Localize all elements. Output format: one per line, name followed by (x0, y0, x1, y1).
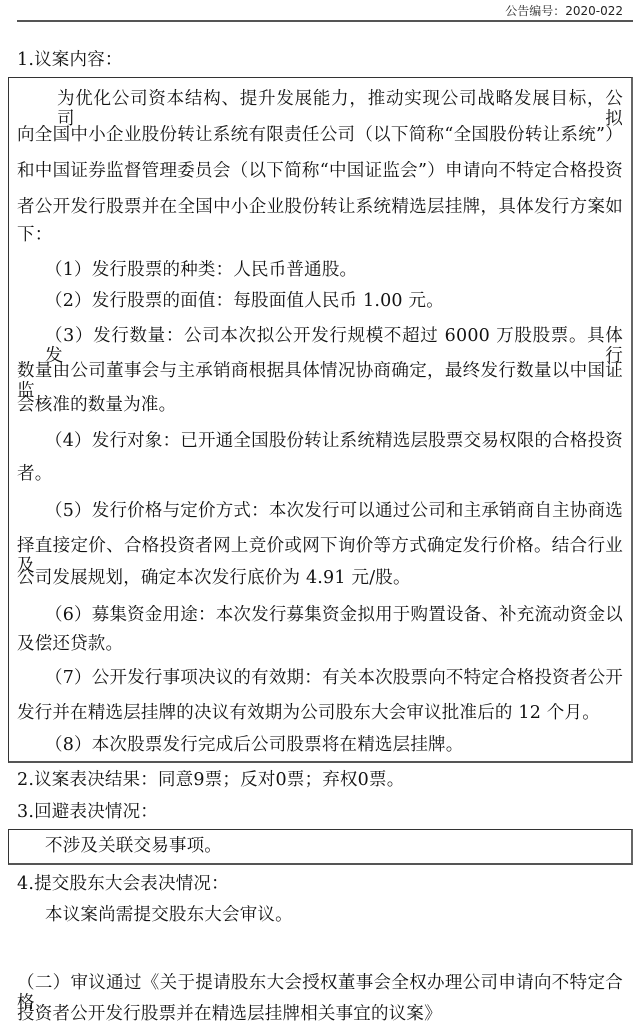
voting-result: 2.议案表决结果：同意9票；反对0票；弃权0票。 (17, 770, 404, 790)
content-line: 者。 (17, 464, 52, 484)
shareholder-meeting-text: 本议案尚需提交股东大会审议。 (45, 905, 293, 925)
next-proposal-title-cont: 投资者公开发行股票并在精选层挂牌相关事宜的议案》 (17, 1004, 442, 1024)
section-heading-content: 1.议案内容： (17, 50, 123, 70)
content-item-8: （8）本次股票发行完成后公司股票将在精选层挂牌。 (45, 735, 463, 755)
content-line: 会核准的数量为准。 (17, 395, 176, 415)
content-line: 向全国中小企业股份转让系统有限责任公司（以下简称“全国股份转让系统”） (17, 125, 623, 145)
content-line: 为优化公司资本结构、提升发展能力，推动实现公司战略发展目标，公司拟 (57, 89, 623, 129)
content-item-1: （1）发行股票的种类：人民币普通股。 (45, 260, 357, 280)
content-item-6: （6）募集资金用途：本次发行募集资金拟用于购置设备、补充流动资金以 (45, 605, 623, 625)
content-line: 发行并在精选层挂牌的决议有效期为公司股东大会审议批准后的 12 个月。 (17, 703, 600, 723)
announcement-number: 公告编号：2020-022 (505, 2, 623, 19)
content-line: 公司发展规划，确定本次发行底价为 4.91 元/股。 (17, 568, 411, 588)
recusal-text: 不涉及关联交易事项。 (45, 836, 222, 856)
content-item-2: （2）发行股票的面值：每股面值人民币 1.00 元。 (45, 291, 444, 311)
content-line: 及偿还贷款。 (17, 634, 123, 654)
section-heading-shareholder-meeting: 4.提交股东大会表决情况： (17, 874, 229, 894)
section-heading-recusal: 3.回避表决情况： (17, 802, 158, 822)
content-line: 和中国证券监督管理委员会（以下简称“中国证监会”）申请向不特定合格投资 (17, 161, 623, 181)
content-line: 者公开发行股票并在全国中小企业股份转让系统精选层挂牌，具体发行方案如 (17, 197, 623, 217)
content-item-4: （4）发行对象：已开通全国股份转让系统精选层股票交易权限的合格投资 (45, 431, 623, 451)
content-item-5: （5）发行价格与定价方式：本次发行可以通过公司和主承销商自主协商选 (45, 501, 623, 521)
content-item-7: （7）公开发行事项决议的有效期：有关本次股票向不特定合格投资者公开 (45, 668, 623, 688)
content-line: 下： (17, 225, 52, 245)
page-header: 公告编号：2020-022 (17, 0, 633, 22)
content-item-3: （3）发行数量：公司本次拟公开发行规模不超过 6000 万股股票。具体发行 (45, 326, 623, 366)
